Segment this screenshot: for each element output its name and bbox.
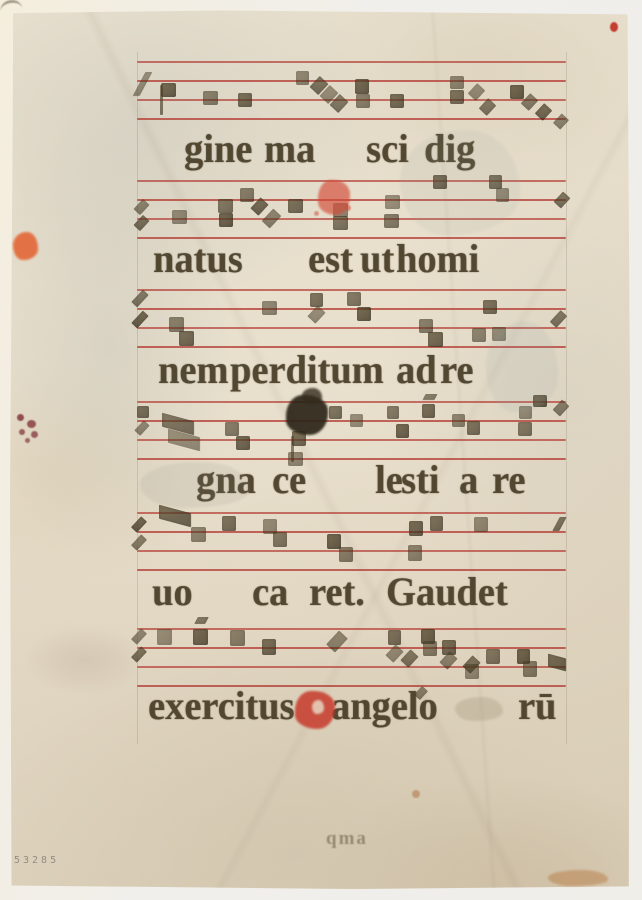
red-speckle [31,431,38,438]
red-speckle [27,420,36,428]
red-speckle [19,429,25,435]
ghost-showthrough-1 [400,130,520,235]
ghost-showthrough-3 [486,322,558,412]
red-blot-satellite [345,205,351,211]
red-blot-satellite [314,211,319,216]
rust-stain-bottom [548,870,608,886]
orange-stain [13,232,38,260]
rust-dot [412,790,420,798]
red-speckle [17,414,24,421]
red-blob-hole [312,700,324,714]
stains-layer [0,0,642,900]
ink-blot-lobe [302,388,322,404]
ghost-showthrough-4 [455,697,503,721]
red-speckle [25,438,30,443]
photo-background: ginemascidignatusestuthominemperditumadr… [0,0,642,900]
accession-stamp: 53285 [14,855,59,866]
catchword: qma [326,828,368,850]
red-dot-top-right [610,22,618,32]
ghost-showthrough-2 [140,462,250,508]
